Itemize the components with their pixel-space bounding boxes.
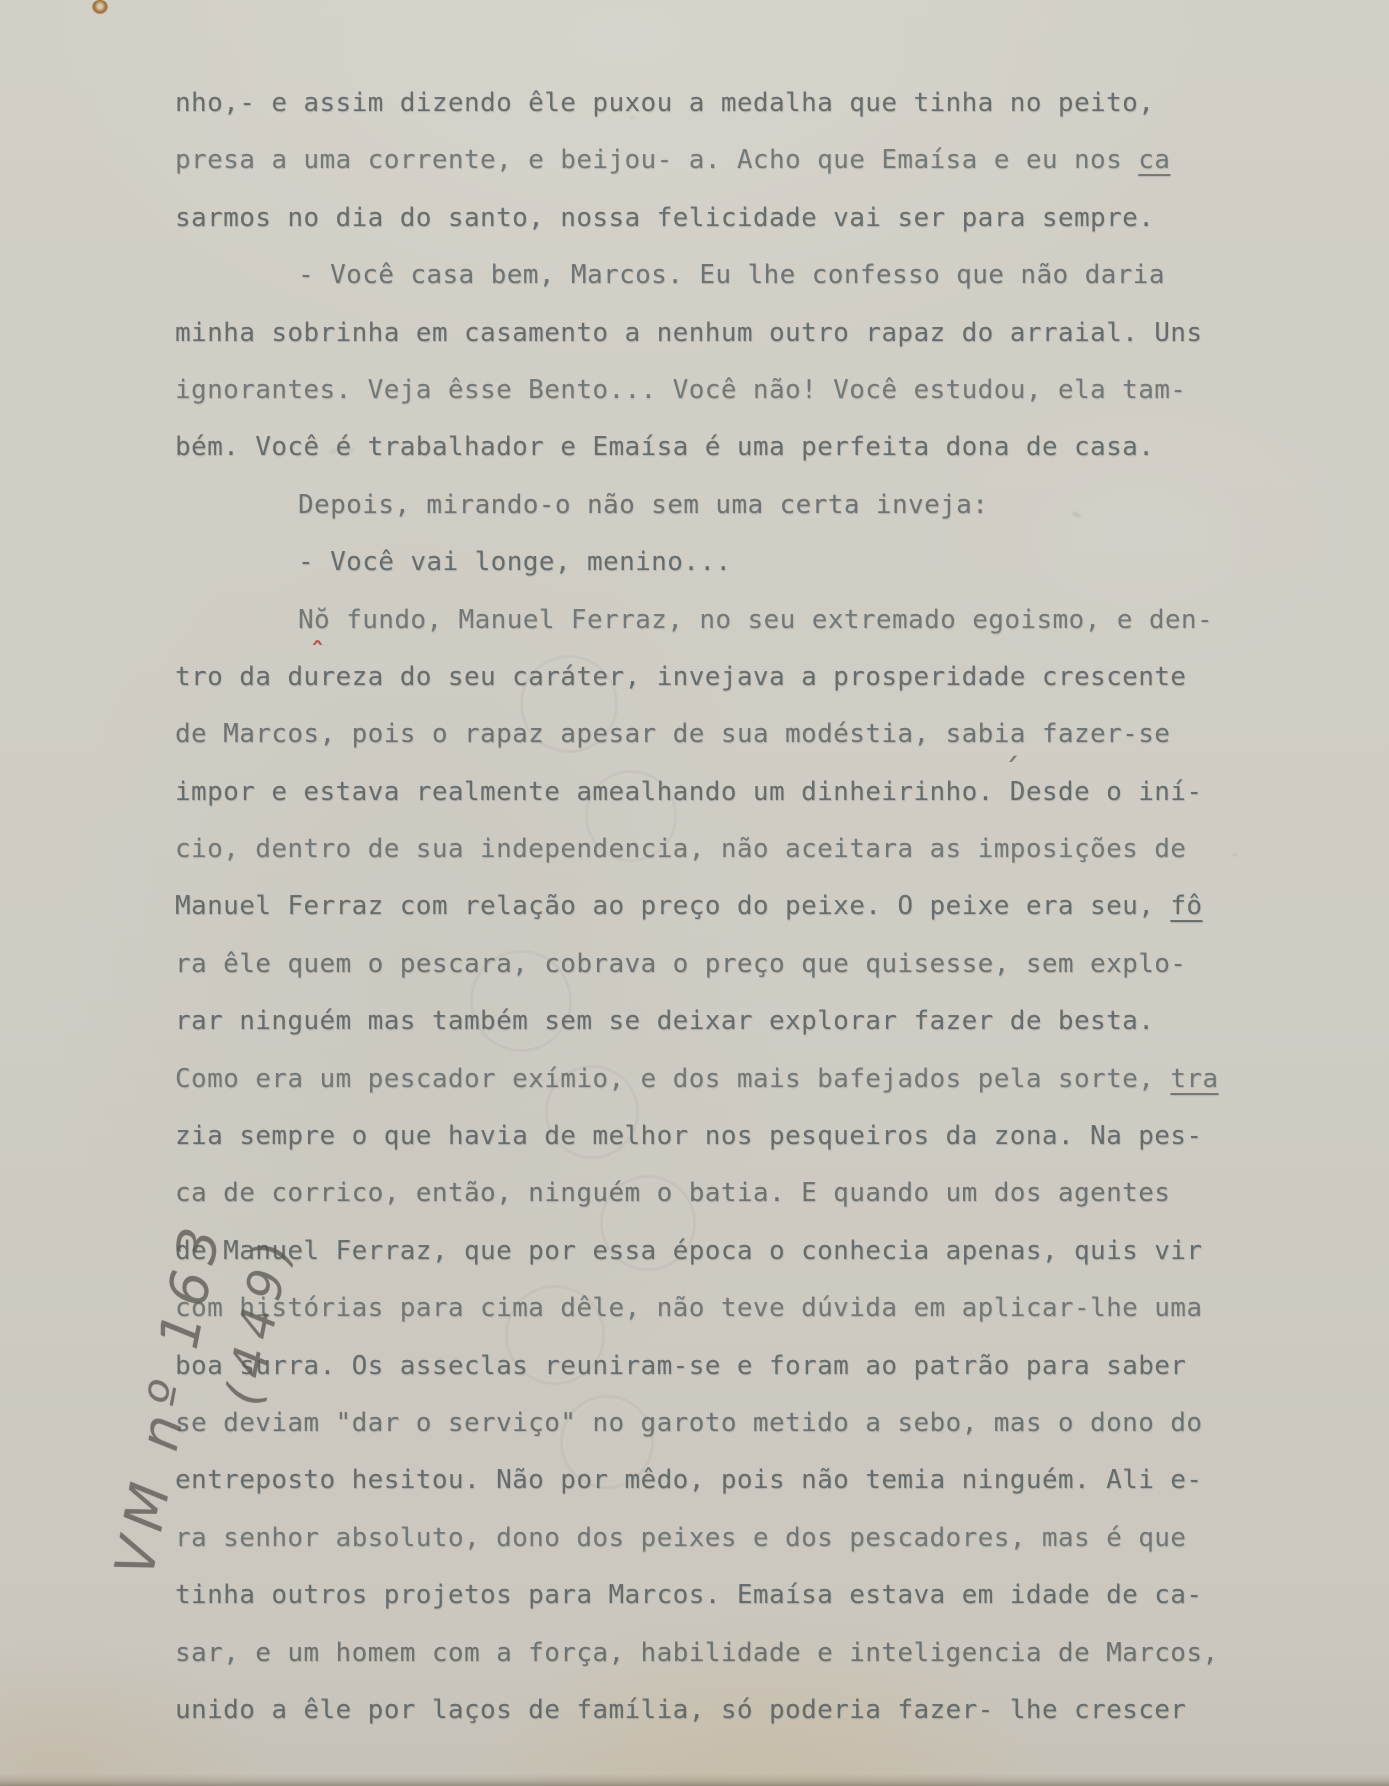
typed-line-text: entreposto hesitou. Não por mêdo, pois n… xyxy=(175,1465,1202,1495)
typed-line-text: - Você vai longe, menino... xyxy=(298,547,731,577)
typed-line: de Manuel Ferraz, que por essa época o c… xyxy=(175,1223,1265,1280)
typed-line: - Você vai longe, menino... xyxy=(175,534,1265,591)
typed-line: Nŏ fundo, Manuel Ferraz, no seu extremad… xyxy=(175,592,1265,649)
rust-stain xyxy=(92,0,108,14)
typed-line: tinha outros projetos para Marcos. Emaís… xyxy=(175,1567,1265,1624)
typed-line: cio, dentro de sua independencia, não ac… xyxy=(175,821,1265,878)
typed-line-text: Depois, mirando-o não sem uma certa inve… xyxy=(298,490,988,520)
underlined-syllable: fô xyxy=(1170,891,1202,921)
typed-text-block: nho,- e assim dizendo êle puxou a medalh… xyxy=(175,75,1265,1739)
typed-line-text: nho,- e assim dizendo êle puxou a medalh… xyxy=(175,88,1154,118)
typed-line-text: minha sobrinha em casamento a nenhum out… xyxy=(175,318,1202,348)
typed-line: zia sempre o que havia de melhor nos pes… xyxy=(175,1108,1265,1165)
typed-line: presa a uma corrente, e beijou- a. Acho … xyxy=(175,132,1265,189)
typed-line-text: ignorantes. Veja êsse Bento... Você não!… xyxy=(175,375,1186,405)
typed-line-text: com histórias para cima dêle, não teve d… xyxy=(175,1293,1202,1323)
typed-line-text: de Marcos, pois o rapaz apesar de sua mo… xyxy=(175,719,1170,749)
typed-line-text: Nŏ fundo, Manuel Ferraz, no seu extremad… xyxy=(298,605,1213,635)
manuscript-page: nho,- e assim dizendo êle puxou a medalh… xyxy=(0,0,1389,1786)
typed-line-text: cio, dentro de sua independencia, não ac… xyxy=(175,834,1186,864)
typed-line-text: Como era um pescador exímio, e dos mais … xyxy=(175,1064,1170,1094)
underlined-syllable: ca xyxy=(1138,145,1170,175)
typed-line-text: tro da dureza do seu caráter, invejava a… xyxy=(175,662,1186,692)
typed-line: impor e estava realmente amealhando um d… xyxy=(175,764,1265,821)
underlined-syllable: tra xyxy=(1170,1064,1218,1094)
typed-line-text: unido a êle por laços de família, só pod… xyxy=(175,1695,1186,1725)
typed-line-text: se deviam "dar o serviço" no garoto meti… xyxy=(175,1408,1202,1438)
typed-line: Manuel Ferraz com relação ao preço do pe… xyxy=(175,878,1265,935)
typed-line: com histórias para cima dêle, não teve d… xyxy=(175,1280,1265,1337)
typed-line: unido a êle por laços de família, só pod… xyxy=(175,1682,1265,1739)
typed-line: Depois, mirando-o não sem uma certa inve… xyxy=(175,477,1265,534)
typed-line-text: - Você casa bem, Marcos. Eu lhe confesso… xyxy=(298,260,1165,290)
typed-line: de Marcos, pois o rapaz apesar de sua mo… xyxy=(175,706,1265,763)
typed-line: ignorantes. Veja êsse Bento... Você não!… xyxy=(175,362,1265,419)
typed-line: nho,- e assim dizendo êle puxou a medalh… xyxy=(175,75,1265,132)
typed-line: - Você casa bem, Marcos. Eu lhe confesso… xyxy=(175,247,1265,304)
typed-line-text: presa a uma corrente, e beijou- a. Acho … xyxy=(175,145,1138,175)
scan-bottom-edge-shadow xyxy=(0,1774,1389,1786)
typed-line-text: rar ninguém mas também sem se deixar exp… xyxy=(175,1006,1154,1036)
typed-line-text: ca de corrico, então, ninguém o batia. E… xyxy=(175,1178,1170,1208)
typed-line: ra senhor absoluto, dono dos peixes e do… xyxy=(175,1510,1265,1567)
typed-line: minha sobrinha em casamento a nenhum out… xyxy=(175,305,1265,362)
typed-line-text: boa surra. Os asseclas reuniram-se e for… xyxy=(175,1351,1186,1381)
typed-line: ra êle quem o pescara, cobrava o preço q… xyxy=(175,936,1265,993)
red-caret-correction-mark: ˆ xyxy=(311,638,324,668)
typed-line-text: sar, e um homem com a força, habilidade … xyxy=(175,1638,1218,1668)
typed-line: ca de corrico, então, ninguém o batia. E… xyxy=(175,1165,1265,1222)
typed-line-text: tinha outros projetos para Marcos. Emaís… xyxy=(175,1580,1202,1610)
typed-line: tro da dureza do seu caráter, invejava a… xyxy=(175,649,1265,706)
typed-line-text: zia sempre o que havia de melhor nos pes… xyxy=(175,1121,1202,1151)
typed-line: rar ninguém mas também sem se deixar exp… xyxy=(175,993,1265,1050)
typed-line: entreposto hesitou. Não por mêdo, pois n… xyxy=(175,1452,1265,1509)
typed-line-text: sarmos no dia do santo, nossa felicidade… xyxy=(175,203,1154,233)
typed-line: bém. Você é trabalhador e Emaísa é uma p… xyxy=(175,419,1265,476)
typed-line-text: impor e estava realmente amealhando um d… xyxy=(175,777,1202,807)
typed-line: se deviam "dar o serviço" no garoto meti… xyxy=(175,1395,1265,1452)
typed-line: sar, e um homem com a força, habilidade … xyxy=(175,1625,1265,1682)
typed-line-text: ra êle quem o pescara, cobrava o preço q… xyxy=(175,949,1186,979)
pencil-accent-mark: ´ xyxy=(1003,752,1020,792)
typed-line-text: bém. Você é trabalhador e Emaísa é uma p… xyxy=(175,432,1154,462)
typed-line: boa surra. Os asseclas reuniram-se e for… xyxy=(175,1338,1265,1395)
typed-line: Como era um pescador exímio, e dos mais … xyxy=(175,1051,1265,1108)
typed-line: sarmos no dia do santo, nossa felicidade… xyxy=(175,190,1265,247)
typed-line-text: Manuel Ferraz com relação ao preço do pe… xyxy=(175,891,1170,921)
typed-line-text: de Manuel Ferraz, que por essa época o c… xyxy=(175,1236,1202,1266)
typed-line-text: ra senhor absoluto, dono dos peixes e do… xyxy=(175,1523,1186,1553)
